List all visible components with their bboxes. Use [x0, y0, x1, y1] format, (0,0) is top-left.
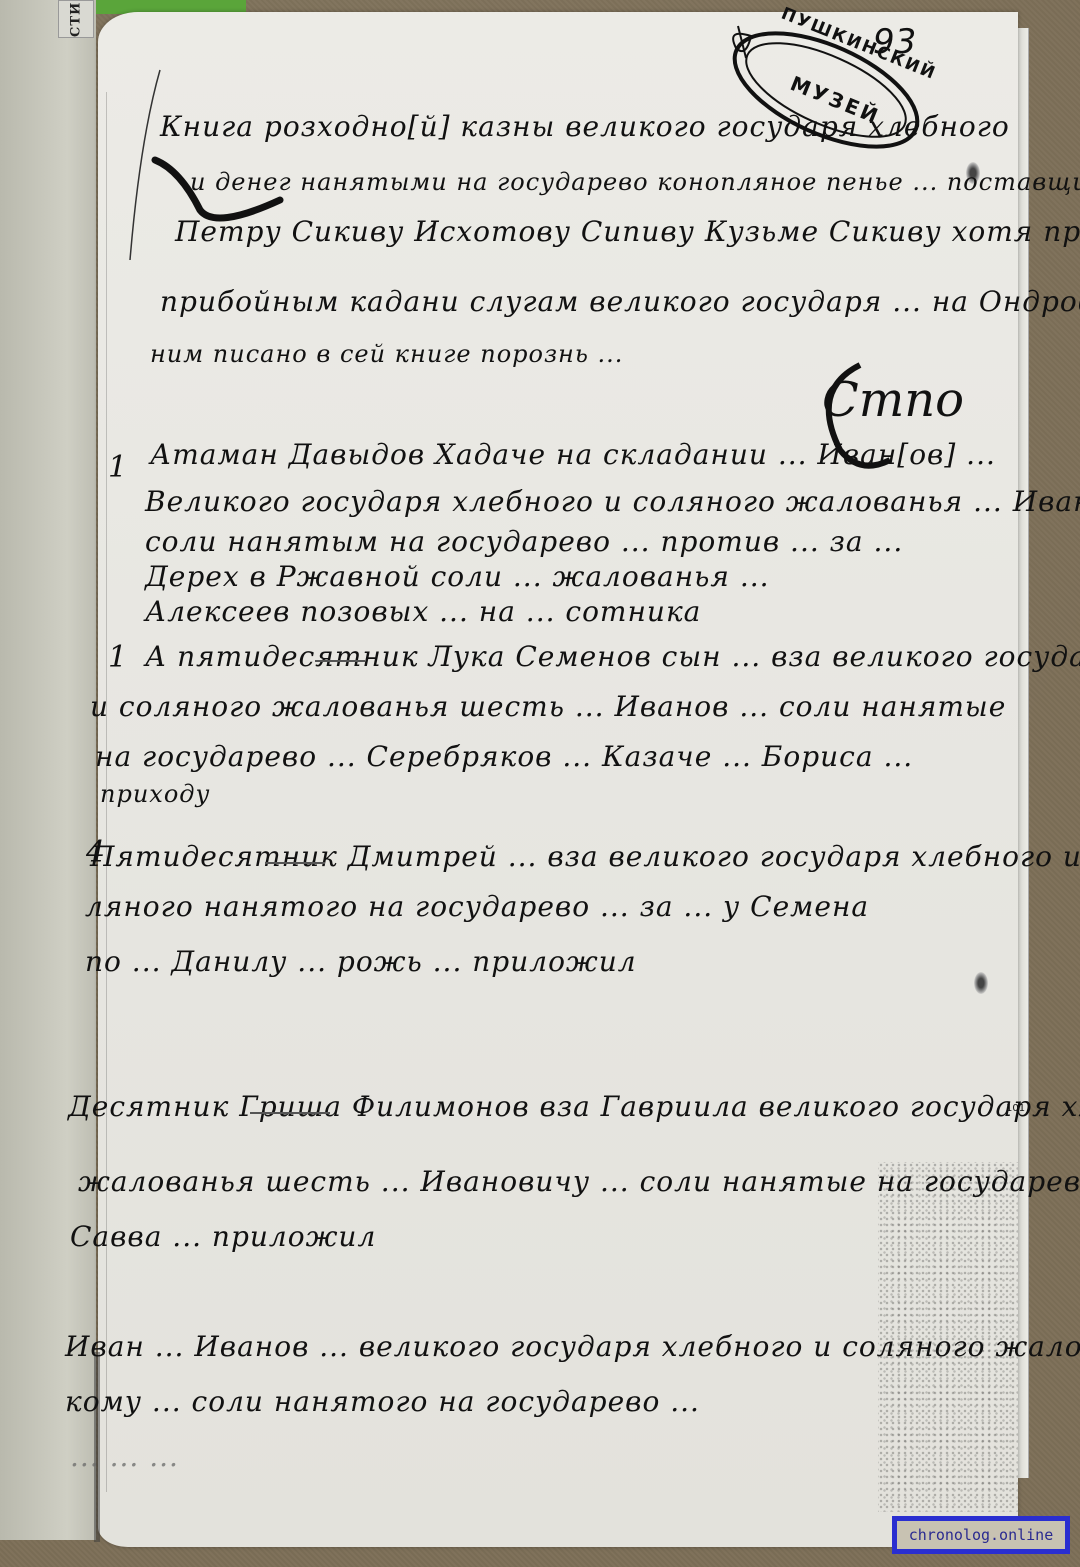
- left-page: [0, 0, 96, 1540]
- manuscript-line: соли нанятым на государево ... против ..…: [145, 525, 903, 558]
- manuscript-line: Петру Сикиву Исхотову Сипиву Кузьме Сики…: [175, 215, 1080, 248]
- watermark-text: chronolog.online: [897, 1521, 1066, 1549]
- manuscript-line: ним писано в сей книге порознь ...: [150, 340, 623, 368]
- manuscript-line: Десятник Гриша Филимонов вза Гавриила ве…: [68, 1090, 1080, 1123]
- left-page-tab: СТИ: [58, 0, 94, 38]
- manuscript-line: Дерех в Ржавной соли ... жалованья ...: [145, 560, 770, 593]
- underline-mark: [265, 862, 325, 864]
- paragraph-marker: 1: [108, 640, 127, 675]
- manuscript-line: ляного нанятого на государево ... за ...…: [85, 890, 869, 923]
- manuscript-line: и соляного жалованья шесть ... Иванов ..…: [90, 690, 1006, 723]
- underline-mark: [315, 660, 365, 662]
- manuscript-line: приходу: [100, 780, 210, 808]
- manuscript-line: Атаман Давыдов Хадаче на складании ... И…: [150, 438, 996, 471]
- manuscript-line: Пятидесятник Дмитрей ... вза великого го…: [90, 840, 1080, 873]
- underline-mark: [250, 1112, 330, 1114]
- manuscript-line: и денег нанятыми на государево конопляно…: [190, 168, 1080, 196]
- paragraph-marker: 1: [108, 450, 127, 485]
- manuscript-line: на государево ... Серебряков ... Казаче …: [95, 740, 913, 773]
- manuscript-line: прибойным кадани слугам великого государ…: [160, 285, 1080, 318]
- manuscript-line: А пятидесятник Лука Семенов сын ... вза …: [145, 640, 1080, 673]
- manuscript-line: Великого государя хлебного и соляного жа…: [145, 485, 1080, 518]
- manuscript-line-faded: ... ... ...: [70, 1440, 179, 1473]
- manuscript-line: кому ... соли нанятого на государево ...: [65, 1385, 700, 1418]
- manuscript-line: Савва ... приложил: [70, 1220, 376, 1253]
- page-number: 93: [873, 22, 916, 62]
- manuscript-line: по ... Данилу ... рожь ... приложил: [85, 945, 637, 978]
- manuscript-line: Иван ... Иванов ... великого государя хл…: [65, 1330, 1080, 1363]
- manuscript-line: жалованья шесть ... Ивановичу ... соли н…: [78, 1165, 1080, 1198]
- manuscript-line: Книга розходно[й] казны великого государ…: [160, 110, 1010, 143]
- manuscript-line: Алексеев позовых ... на ... сотника: [145, 595, 701, 628]
- binding-hole: [974, 972, 988, 994]
- watermark-badge: chronolog.online: [892, 1516, 1070, 1554]
